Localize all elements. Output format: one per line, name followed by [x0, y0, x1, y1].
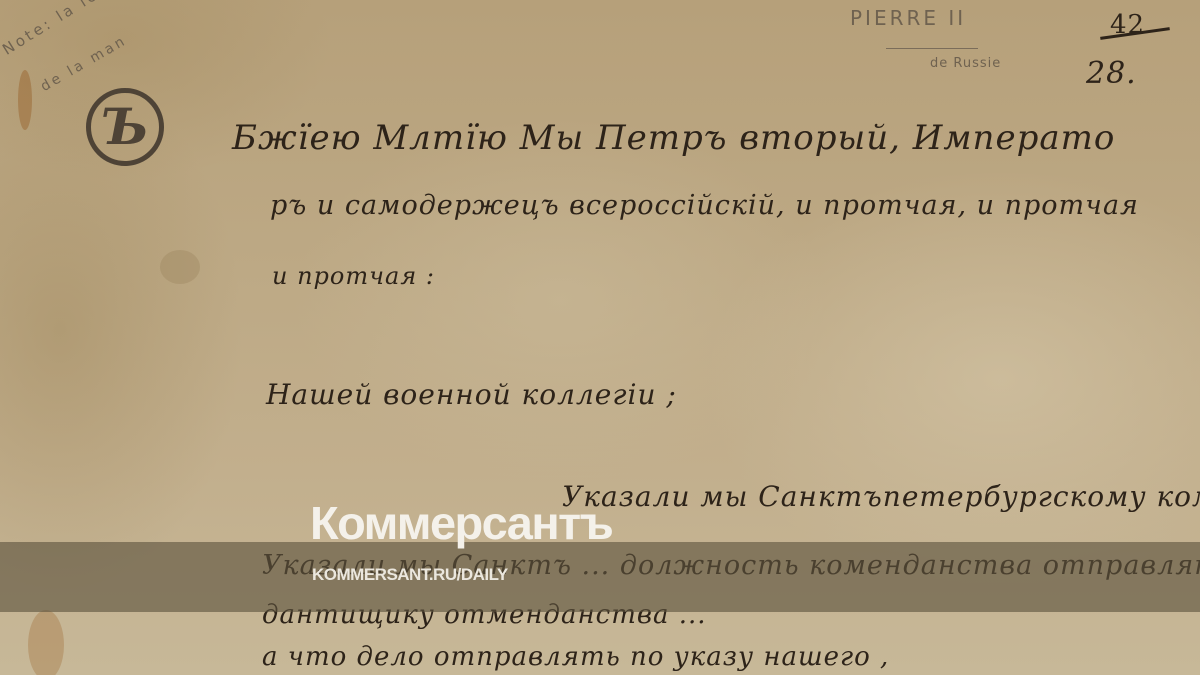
pencil-underline: [886, 48, 978, 49]
manuscript-line-3: и протчая :: [272, 262, 435, 290]
kommersant-url: KOMMERSANT.RU/DAILY: [312, 566, 508, 583]
manuscript-line-1: Бжїею Млтїю Мы Петръ вторый, Императо: [232, 118, 1115, 158]
manuscript-line-2: ръ и самодержецъ всероссiйскiй, и протча…: [270, 190, 1139, 221]
emblem-glyph: Ъ: [101, 102, 149, 152]
paper-stain: [160, 250, 200, 284]
pencil-title: PIERRE II: [850, 6, 966, 30]
paper-stain: [18, 70, 32, 130]
manuscript-line-4: Нашей военной коллегiи ;: [266, 378, 677, 411]
pencil-note-top-left-2: de la man: [38, 33, 130, 95]
kommersant-logo: Коммерсантъ: [310, 500, 612, 546]
manuscript-line-5: Указали мы Санктъпетербургскому комендан…: [562, 480, 1200, 513]
manuscript-photo: Note: la lettre de la man PIERRE II de R…: [0, 0, 1200, 675]
kommersant-emblem-icon: Ъ: [86, 88, 164, 166]
pencil-subtitle: de Russie: [930, 56, 1001, 71]
paper-stain: [28, 610, 64, 675]
page-number: 28.: [1086, 56, 1137, 91]
manuscript-line-8: а что дело отправлять по указу нашего ,: [262, 642, 889, 672]
branding-band: [0, 542, 1200, 612]
